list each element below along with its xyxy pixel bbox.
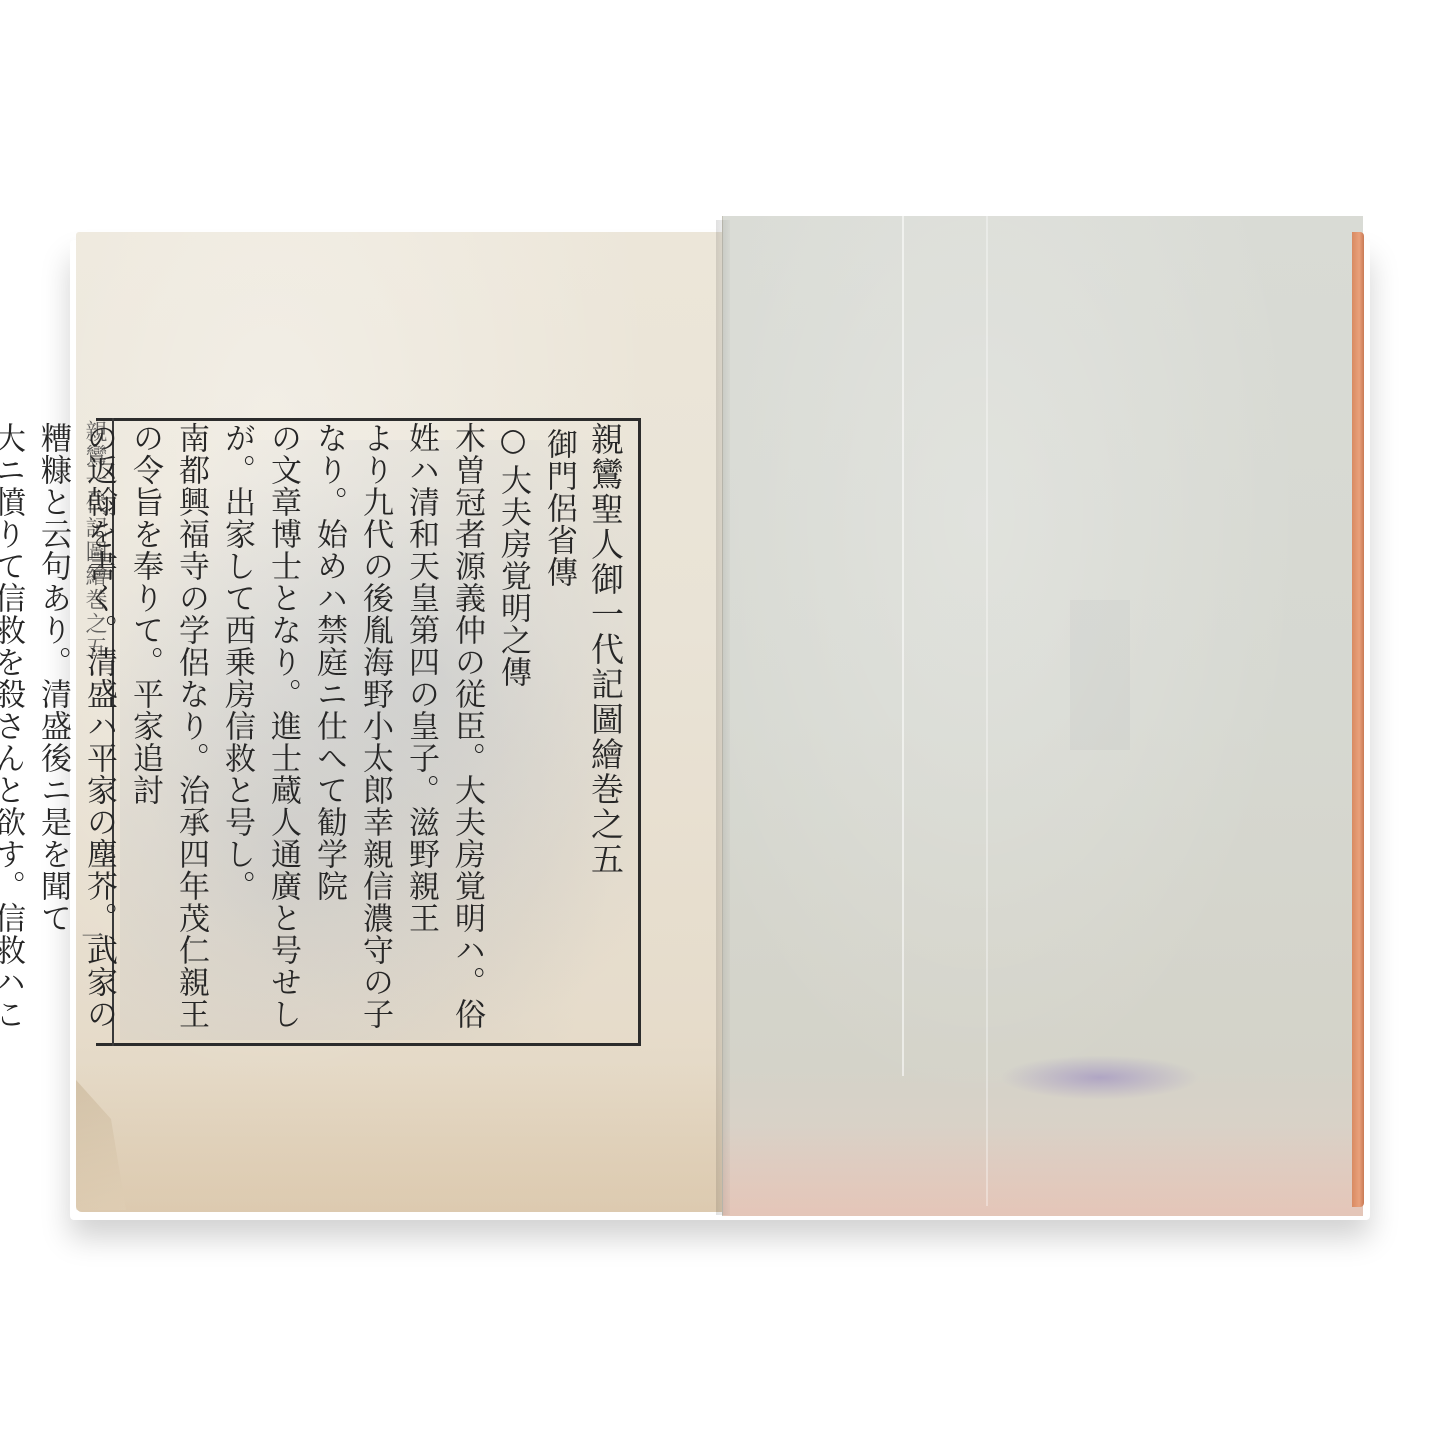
text-column: の文章博士となり。進士蔵人通廣と号せしが。出家して西乗房信救と号し。: [214, 422, 306, 1034]
text-column: の返翰を書く。清盛ハ平家の塵芥。武家の糟糠と云句あり。清盛後ニ是を聞て: [30, 422, 122, 1034]
text-column: 大ニ憤りて信救を殺さんと欲す。信救ハこれを遁れて信濃國ニ下り。木曽義仲: [0, 422, 30, 1034]
paper-crease: [986, 216, 988, 1206]
faint-show-through: [1070, 600, 1130, 750]
circle-mark-icon: ○: [495, 422, 531, 464]
section-subtitle: 御門侶省傳: [536, 422, 582, 1034]
chapter-heading: ○大夫房覚明之傳: [490, 422, 536, 1034]
text-column: より九代の後胤海野小太郎幸親信濃守の子なり。始めハ禁庭ニ仕へて勧学院: [306, 422, 398, 1034]
text-column: 木曽冠者源義仲の従臣。大夫房覚明ハ。俗姓ハ清和天皇第四の皇子。滋野親王: [398, 422, 490, 1034]
chapter-heading-text: 大夫房覚明之傳: [495, 464, 531, 688]
vertical-text-columns: 親鸞聖人御一代記圖繪巻之五 御門侶省傳 ○大夫房覚明之傳 木曽冠者源義仲の従臣。…: [116, 422, 628, 1034]
spine-gutter: [716, 220, 730, 1215]
open-book: 親鸞一代記圖繪巻之五 一 親鸞聖人御一代記圖繪巻之五 御門侶省傳 ○大夫房覚明之…: [0, 0, 1445, 1445]
purple-stain: [1000, 1055, 1200, 1100]
book-title: 親鸞聖人御一代記圖繪巻之五: [582, 422, 628, 1034]
text-column: 南都興福寺の学侶なり。治承四年茂仁親王の令旨を奉りて。平家追討: [122, 422, 214, 1034]
page-edge-orange: [1352, 232, 1364, 1207]
paper-crease: [902, 216, 904, 1076]
